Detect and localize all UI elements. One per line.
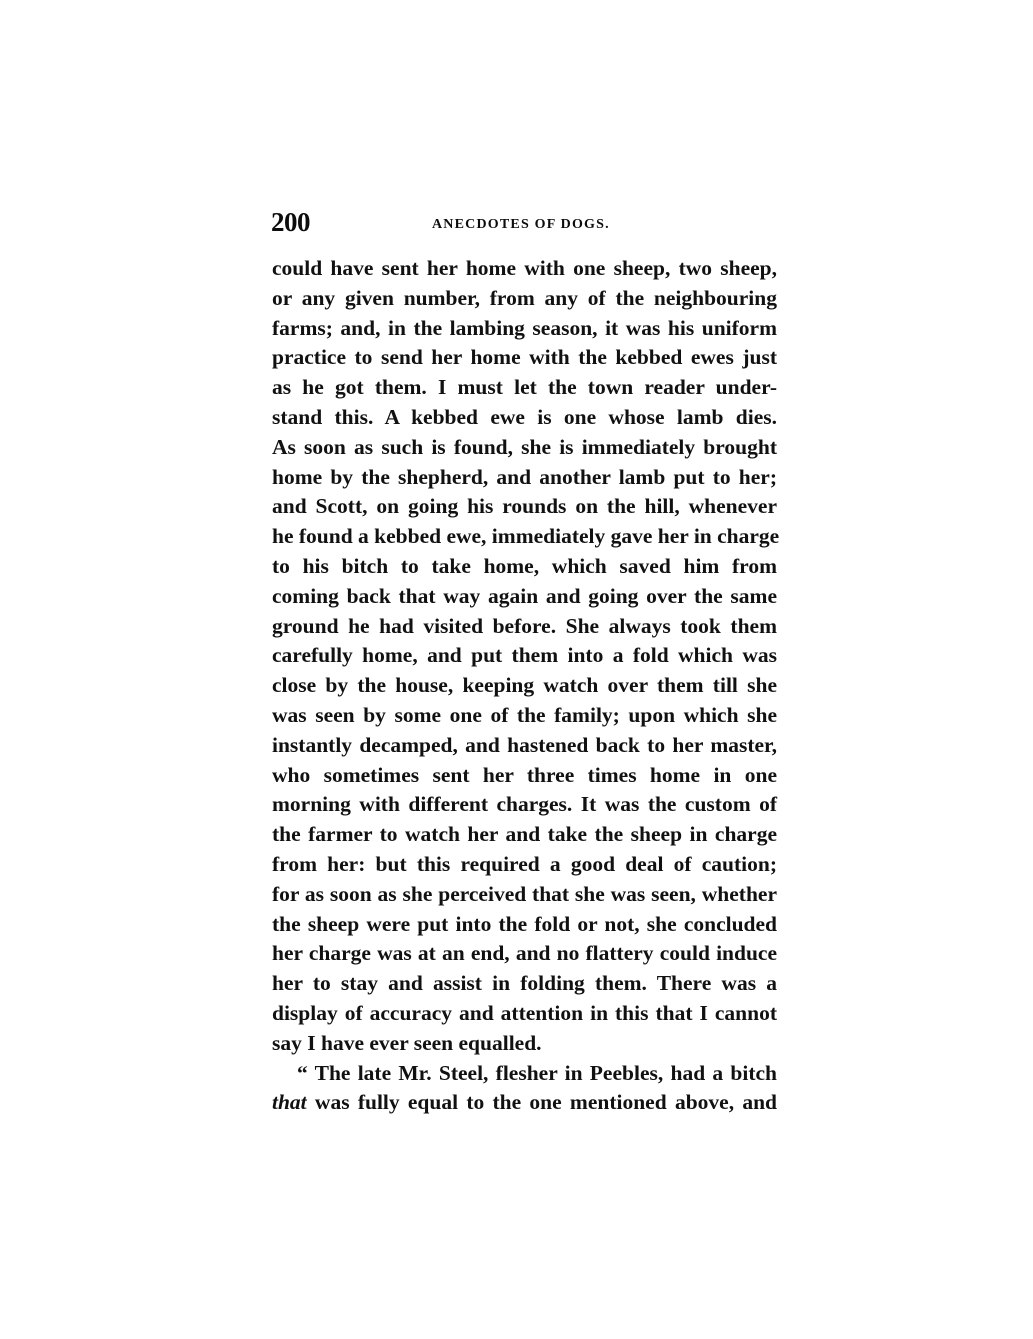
text-line: instantly decamped, and hastened back to… — [272, 731, 777, 761]
text-line: farms; and, in the lambing season, it wa… — [272, 314, 777, 344]
italic-word: that — [272, 1090, 307, 1114]
text-line: carefully home, and put them into a fold… — [272, 641, 777, 671]
text-line: practice to send her home with the kebbe… — [272, 343, 777, 373]
body-text: could have sent her home with one sheep,… — [272, 254, 777, 1118]
text-line: morning with different charges. It was t… — [272, 790, 777, 820]
text-line: the farmer to watch her and take the she… — [272, 820, 777, 850]
text-line: for as soon as she perceived that she wa… — [272, 880, 777, 910]
text-line: who sometimes sent her three times home … — [272, 761, 777, 791]
text-line: As soon as such is found, she is immedia… — [272, 433, 777, 463]
text-line: her to stay and assist in folding them. … — [272, 969, 777, 999]
text-line: display of accuracy and attention in thi… — [272, 999, 777, 1029]
text-line: close by the house, keeping watch over t… — [272, 671, 777, 701]
text-line: ground he had visited before. She always… — [272, 612, 777, 642]
text-line-rest: was fully equal to the one mentioned abo… — [307, 1090, 777, 1114]
text-line: and Scott, on going his rounds on the hi… — [272, 492, 777, 522]
text-line: that was fully equal to the one mentione… — [272, 1088, 777, 1118]
text-line: or any given number, from any of the nei… — [272, 284, 777, 314]
page-number: 200 — [271, 208, 310, 236]
page-header: 200 ANECDOTES OF DOGS. — [271, 208, 777, 238]
text-line: home by the shepherd, and another lamb p… — [272, 463, 777, 493]
text-line: her charge was at an end, and no flatter… — [272, 939, 777, 969]
text-line: “ The late Mr. Steel, flesher in Peebles… — [272, 1059, 777, 1089]
text-line: stand this. A kebbed ewe is one whose la… — [272, 403, 777, 433]
text-line: to his bitch to take home, which saved h… — [272, 552, 777, 582]
text-line: say I have ever seen equalled. — [272, 1029, 777, 1059]
text-line: the sheep were put into the fold or not,… — [272, 910, 777, 940]
book-page: 200 ANECDOTES OF DOGS. could have sent h… — [0, 0, 1033, 1339]
text-line: could have sent her home with one sheep,… — [272, 254, 777, 284]
text-line: he found a kebbed ewe, immediately gave … — [272, 522, 777, 552]
running-title: ANECDOTES OF DOGS. — [432, 216, 610, 234]
text-line: coming back that way again and going ove… — [272, 582, 777, 612]
text-line: from her: but this required a good deal … — [272, 850, 777, 880]
text-line: was seen by some one of the family; upon… — [272, 701, 777, 731]
text-line: as he got them. I must let the town read… — [272, 373, 777, 403]
